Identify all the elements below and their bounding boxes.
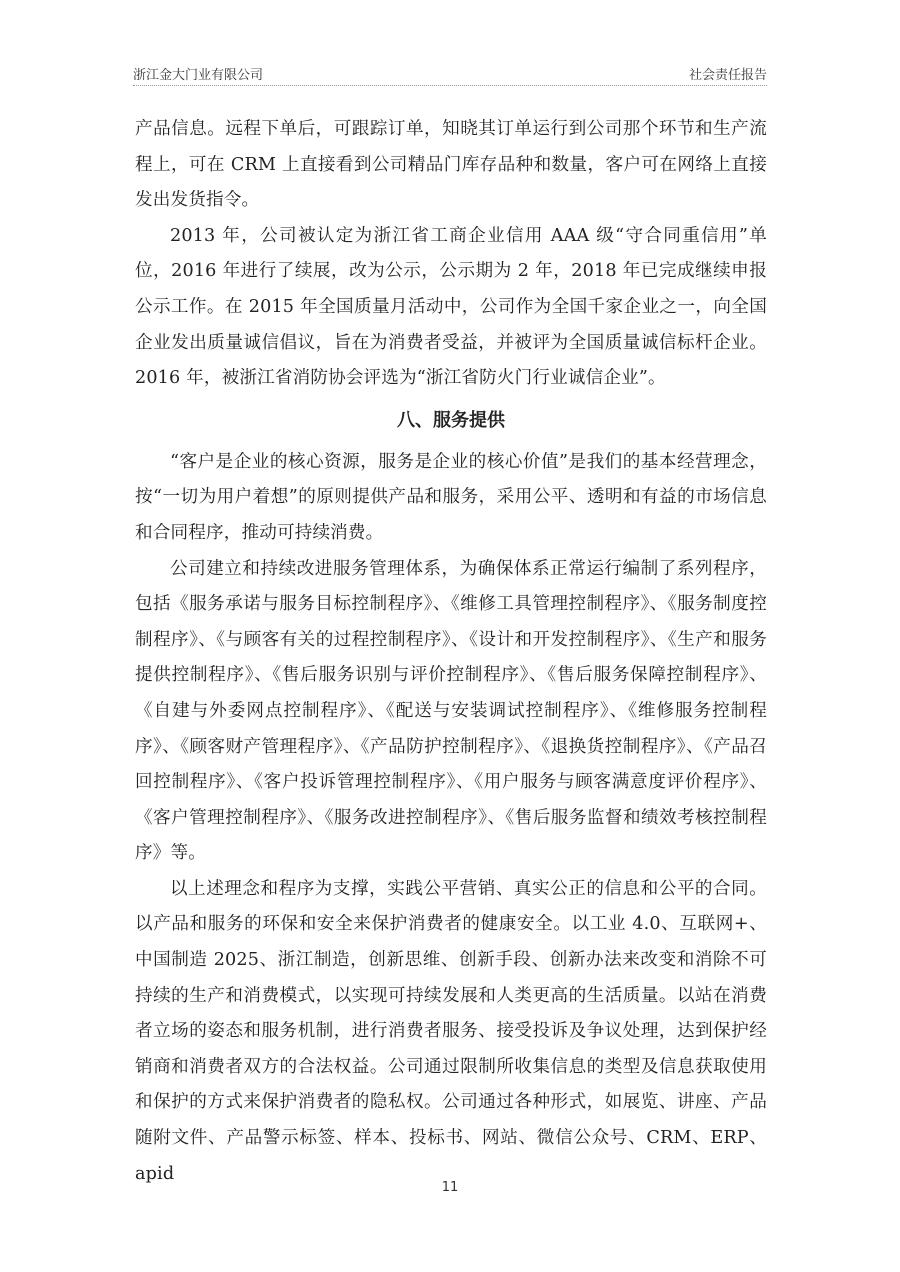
- header-company-name: 浙江金大门业有限公司: [133, 64, 263, 83]
- paragraph-practice: 以上述理念和程序为支撑，实践公平营销、真实公正的信息和公平的合同。以产品和服务的…: [135, 872, 767, 1192]
- paragraph-philosophy: “客户是企业的核心资源，服务是企业的核心价值”是我们的基本经营理念，按“一切为用…: [135, 445, 767, 552]
- page-header: 浙江金大门业有限公司 社会责任报告: [133, 62, 767, 84]
- document-body: 产品信息。远程下单后，可跟踪订单，知晓其订单运行到公司那个环节和生产流程上，可在…: [135, 112, 767, 1192]
- paragraph-procedures: 公司建立和持续改进服务管理体系，为确保体系正常运行编制了系列程序，包括《服务承诺…: [135, 552, 767, 872]
- header-report-title: 社会责任报告: [689, 64, 767, 83]
- paragraph-credit: 2013 年，公司被认定为浙江省工商企业信用 AAA 级“守合同重信用”单位，2…: [135, 219, 767, 397]
- header-divider: [133, 85, 767, 86]
- section-heading: 八、服务提供: [135, 397, 767, 445]
- paragraph-continued: 产品信息。远程下单后，可跟踪订单，知晓其订单运行到公司那个环节和生产流程上，可在…: [135, 112, 767, 219]
- page-number: 11: [0, 1180, 900, 1195]
